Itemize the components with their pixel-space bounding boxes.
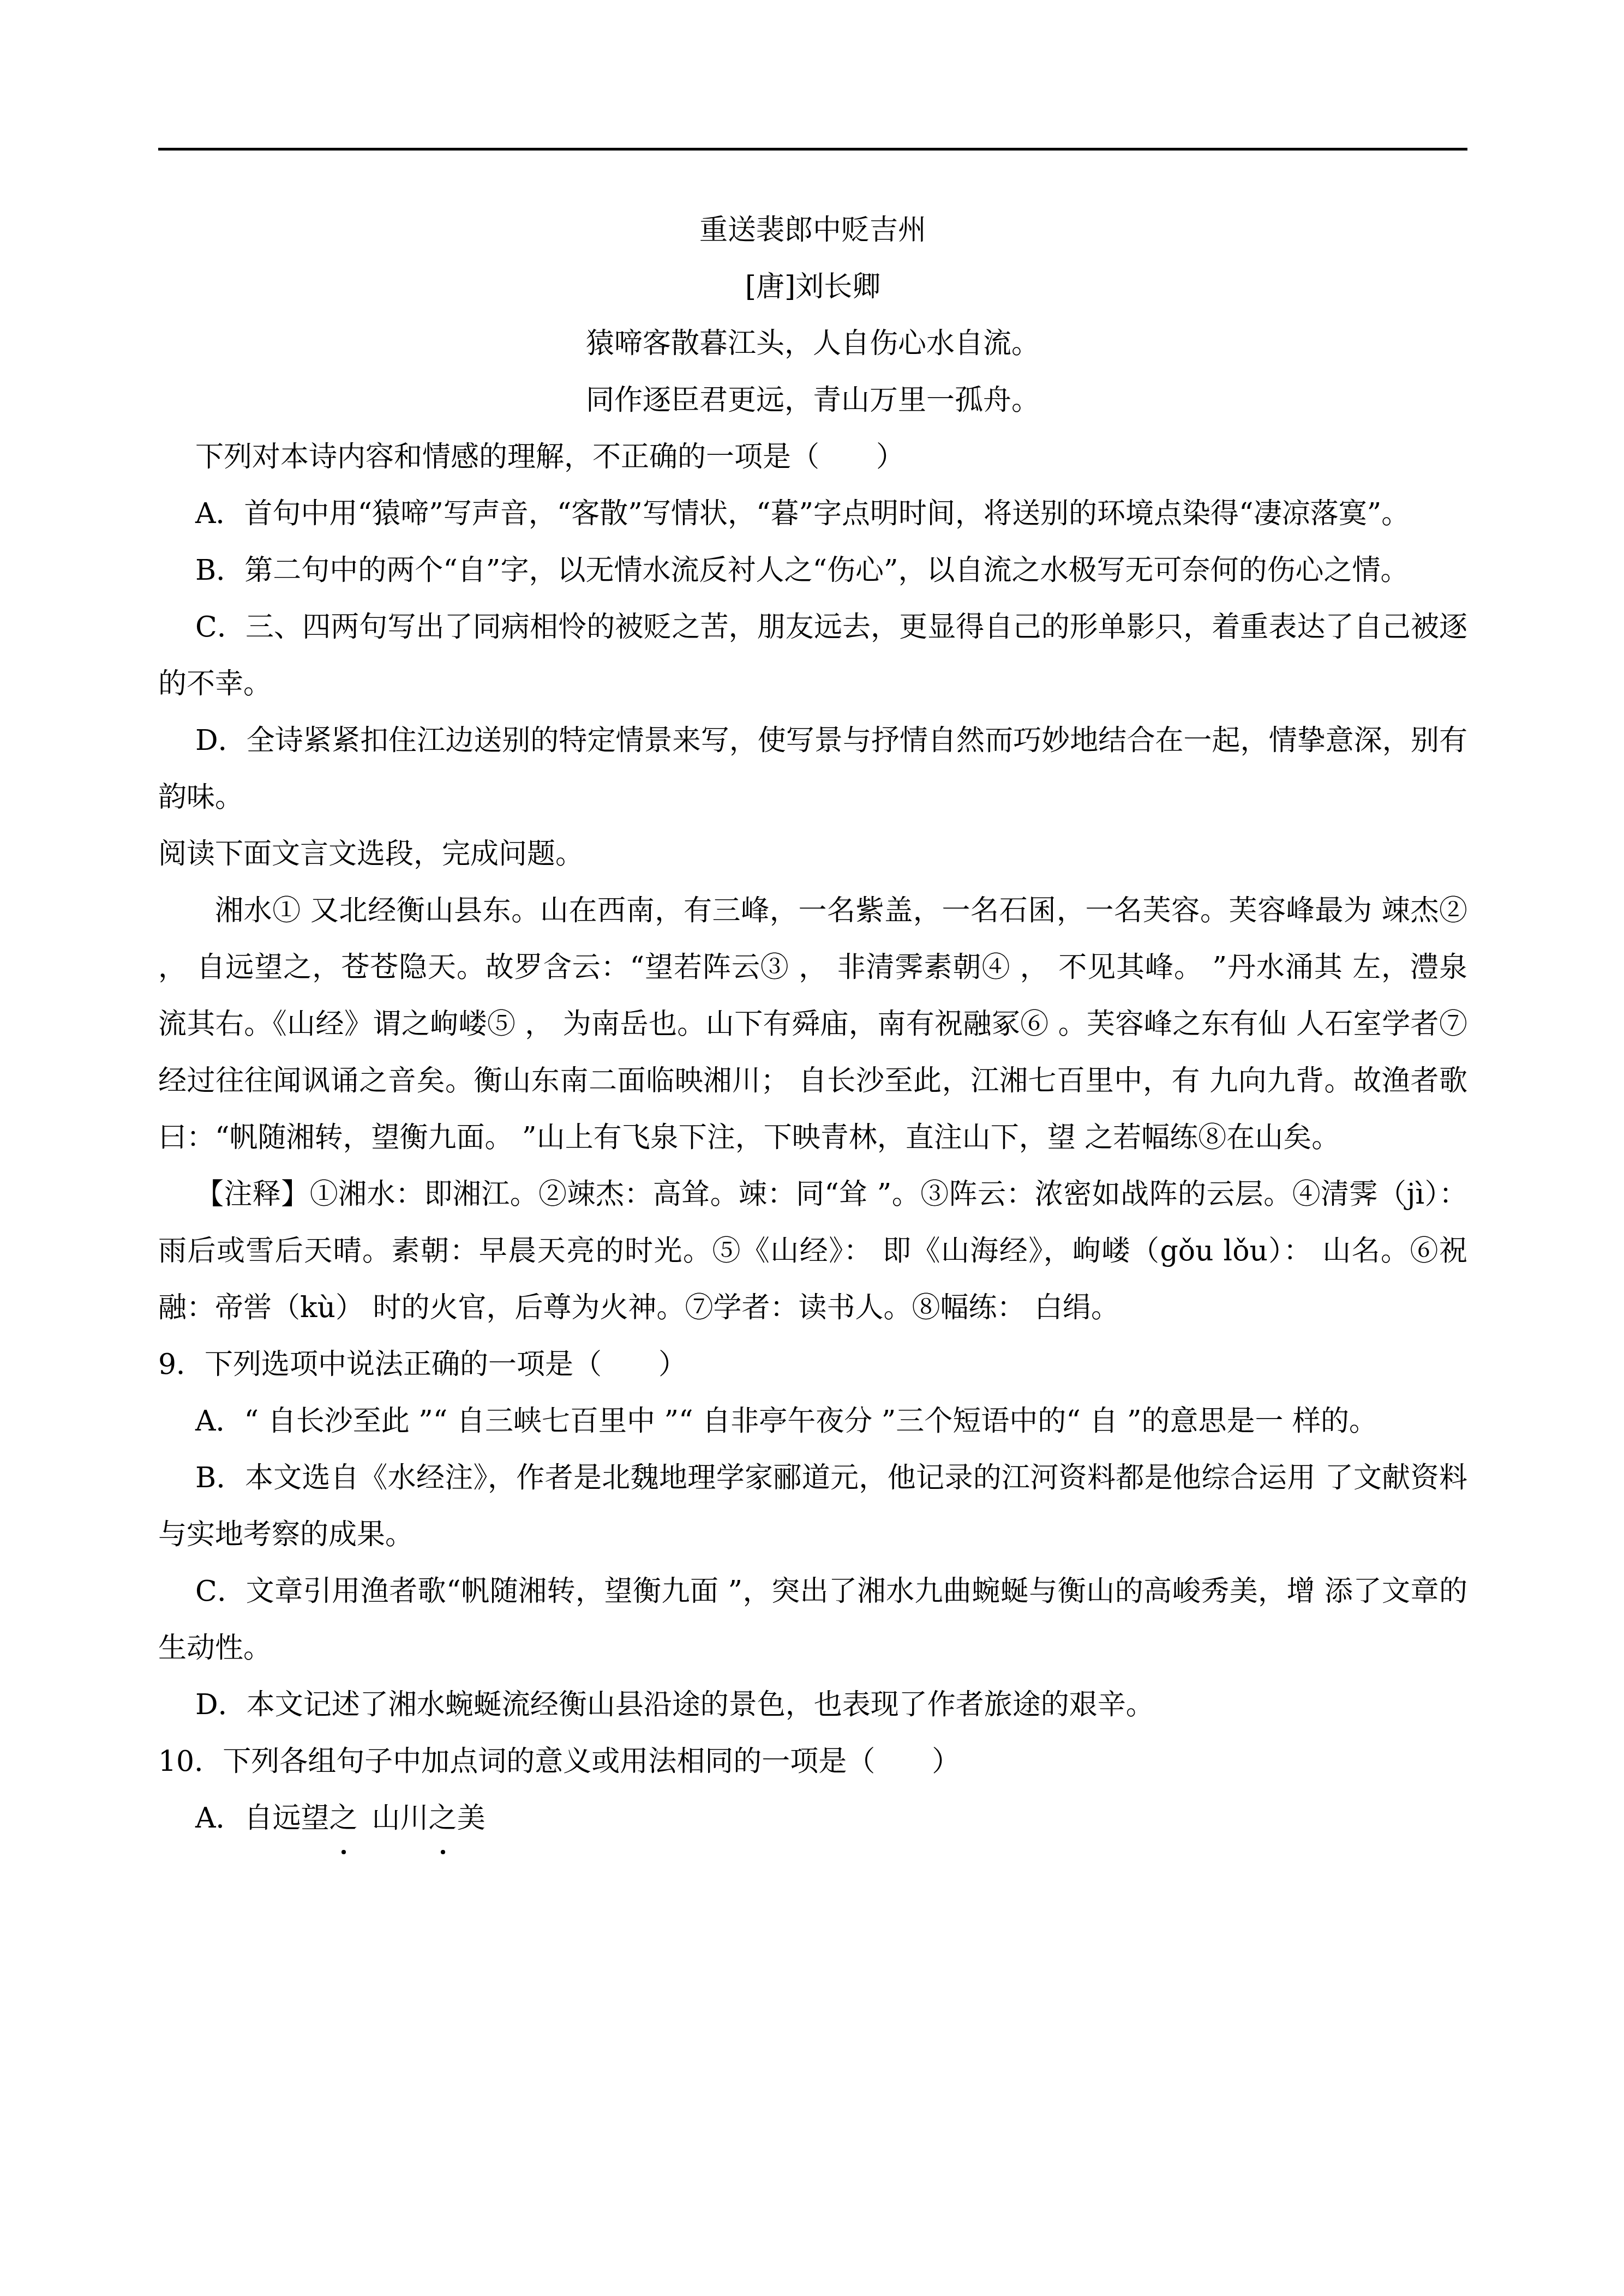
option-label: A． — [195, 497, 244, 530]
option-label: A． — [195, 1405, 244, 1438]
option-text: 首句中用“猿啼”写声音，“客散”写情状，“暮”字点明时间，将送别的环境点染得“凄… — [244, 497, 1410, 530]
emphasis-dot-char-1: 之 — [329, 1790, 358, 1847]
q10-stem: 10．下列各组句子中加点词的意义或用法相同的一项是（ ） — [158, 1733, 1467, 1790]
option-text: 本文记述了湘水蜿蜒流经衡山县沿途的景色，也表现了作者旅途的艰辛。 — [247, 1688, 1154, 1721]
phrase-2-tail: 美 — [457, 1802, 486, 1835]
header-rule — [158, 148, 1467, 151]
option-label: C． — [195, 1575, 246, 1608]
poem-line-1: 猿啼客散暮江头，人自伤心水自流。 — [158, 315, 1467, 372]
poem-title: 重送裴郎中贬吉州 — [158, 202, 1467, 259]
passage-intro: 阅读下面文言文选段，完成问题。 — [158, 826, 1467, 882]
option-label: D． — [195, 724, 247, 757]
q9-option-c: C．文章引用渔者歌“帆随湘转，望衡九面 ”，突出了湘水九曲蜿蜒与衡山的高峻秀美，… — [158, 1563, 1467, 1676]
option-label: B． — [195, 554, 244, 587]
option-text: 三、四两句写出了同病相怜的被贬之苦，朋友远去，更显得自己的形单影只，着重表达了自… — [158, 611, 1467, 700]
q9-option-d: D．本文记述了湘水蜿蜒流经衡山县沿途的景色，也表现了作者旅途的艰辛。 — [158, 1676, 1467, 1733]
poem-option-b: B．第二句中的两个“自”字，以无情水流反衬人之“伤心”，以自流之水极写无可奈何的… — [158, 542, 1467, 599]
option-label: C． — [195, 611, 245, 644]
option-text: 第二句中的两个“自”字，以无情水流反衬人之“伤心”，以自流之水极写无可奈何的伤心… — [244, 554, 1409, 587]
poem-option-d: D．全诗紧紧扣住江边送别的特定情景来写，使写景与抒情自然而巧妙地结合在一起，情挚… — [158, 712, 1467, 826]
q10-option-a: A．自远望之山川之美 — [158, 1790, 1467, 1847]
option-text: 本文选自《水经注》，作者是北魏地理学家郦道元，他记录的江河资料都是他综合运用 了… — [158, 1462, 1467, 1551]
option-text: 文章引用渔者歌“帆随湘转，望衡九面 ”，突出了湘水九曲蜿蜒与衡山的高峻秀美，增 … — [158, 1575, 1467, 1664]
phrase-1-text: 自远望 — [244, 1802, 329, 1835]
option-text: “ 自长沙至此 ”“ 自三峡七百里中 ”“ 自非亭午夜分 ”三个短语中的“ 自 … — [244, 1405, 1377, 1438]
option-label: A． — [195, 1802, 244, 1835]
poem-option-a: A．首句中用“猿啼”写声音，“客散”写情状，“暮”字点明时间，将送别的环境点染得… — [158, 485, 1467, 542]
poem-question-stem: 下列对本诗内容和情感的理解，不正确的一项是（ ） — [158, 429, 1467, 485]
option-label: B． — [195, 1462, 245, 1494]
poem-option-c: C．三、四两句写出了同病相怜的被贬之苦，朋友远去，更显得自己的形单影只，着重表达… — [158, 599, 1467, 712]
poem-author: [唐]刘长卿 — [158, 259, 1467, 315]
option-text: 全诗紧紧扣住江边送别的特定情景来写，使写景与抒情自然而巧妙地结合在一起，情挚意深… — [158, 724, 1467, 814]
q9-option-b: B．本文选自《水经注》，作者是北魏地理学家郦道元，他记录的江河资料都是他综合运用… — [158, 1450, 1467, 1563]
phrase-2-text: 山川 — [372, 1802, 429, 1835]
q9-option-a: A．“ 自长沙至此 ”“ 自三峡七百里中 ”“ 自非亭午夜分 ”三个短语中的“ … — [158, 1393, 1467, 1450]
passage-text: 湘水① 又北经衡山县东。山在西南，有三峰，一名紫盖，一名石囷，一名芙容。芙容峰最… — [158, 882, 1467, 1166]
emphasis-dot-char-2: 之 — [429, 1790, 457, 1847]
q9-stem: 9．下列选项中说法正确的一项是（ ） — [158, 1336, 1467, 1393]
document-page: 重送裴郎中贬吉州 [唐]刘长卿 猿啼客散暮江头，人自伤心水自流。 同作逐臣君更远… — [158, 202, 1467, 1847]
passage-notes: 【注释】①湘水：即湘江。②竦杰：高耸。竦：同“耸 ”。③阵云：浓密如战阵的云层。… — [158, 1166, 1467, 1336]
option-label: D． — [195, 1688, 247, 1721]
poem-line-2: 同作逐臣君更远，青山万里一孤舟。 — [158, 372, 1467, 429]
